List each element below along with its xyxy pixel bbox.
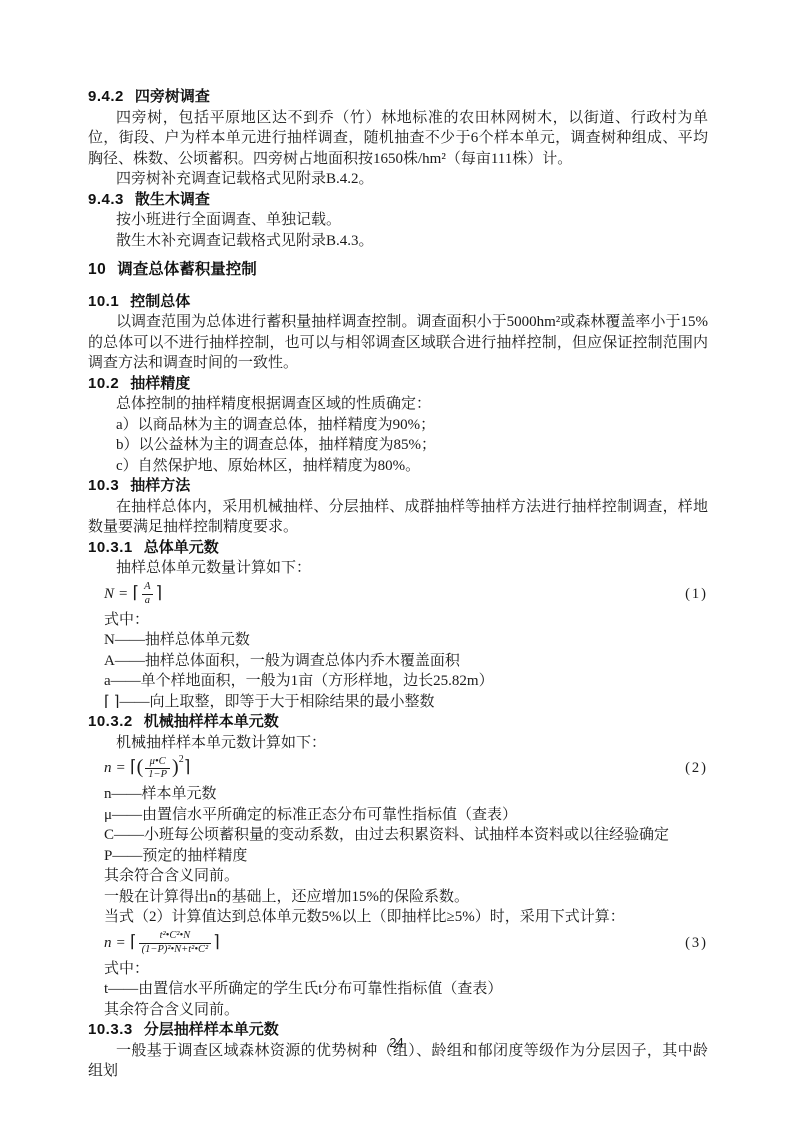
section-number: 10 [88,261,106,278]
definition-line: 其余符合含义同前。 [88,866,708,887]
section-title: 机械抽样样本单元数 [144,713,279,730]
section-heading-10.3.1: 10.3.1总体单元数 [88,538,708,559]
fraction: t²•C²•N(1−P)²•N+t²•C² [139,930,212,955]
section-heading-10.2: 10.2抽样精度 [88,374,708,395]
definition-line: t——由置信水平所确定的学生氏t分布可靠性指标值（查表） [88,979,708,1000]
list-item: a）以商品林为主的调查总体，抽样精度为90%； [88,415,708,436]
right-ceiling-bracket: ⌉ [184,757,191,778]
definition-line: N——抽样总体单元数 [88,630,708,651]
right-paren: ) [172,757,179,778]
paragraph: 散生木补充调查记载格式见附录B.4.3。 [88,231,708,252]
formula-lhs: N [104,584,114,605]
formula-1: N=⌈Aa⌉(1) [88,581,708,608]
section-number: 10.3.2 [88,713,133,730]
definition-line: P——预定的抽样精度 [88,846,708,867]
section-number: 10.1 [88,293,119,310]
fraction-denominator: a [142,594,153,607]
fraction: Aa [141,581,153,606]
section-title: 散生木调查 [135,191,210,208]
document-page: 9.4.2四旁树调查四旁树，包括平原地区达不到乔（竹）林地标准的农田林网树木，以… [0,0,793,1121]
right-ceiling-bracket: ⌉ [156,583,163,604]
section-title: 抽样精度 [130,375,190,392]
equals-sign: = [119,584,127,605]
paragraph: 以调查范围为总体进行蓄积量抽样调查控制。调查面积小于5000hm²或森林覆盖率小… [88,312,708,374]
formula-expression: n=⌈(μ•C1−P)2⌉ [104,756,190,781]
definition-line: μ——由置信水平所确定的标准正态分布可靠性指标值（查表） [88,805,708,826]
equals-sign: = [117,758,125,779]
formula-label: (3) [685,933,708,954]
left-ceiling-bracket: ⌈ [132,583,139,604]
section-title: 四旁树调查 [135,88,210,105]
formula-label: (2) [685,758,708,779]
section-heading-10.3.2: 10.3.2机械抽样样本单元数 [88,712,708,733]
section-title: 总体单元数 [144,539,219,556]
section-number: 9.4.2 [88,88,124,105]
definition-line: 其余符合含义同前。 [88,1000,708,1021]
definition-line: A——抽样总体面积，一般为调查总体内乔木覆盖面积 [88,651,708,672]
section-heading-10.3: 10.3抽样方法 [88,476,708,497]
definition-line: n——样本单元数 [88,784,708,805]
definition-line: 一般在计算得出n的基础上，还应增加15%的保险系数。 [88,887,708,908]
fraction: μ•C1−P [145,756,170,781]
formula-expression: N=⌈Aa⌉ [104,581,162,606]
section-number: 10.3.1 [88,539,133,556]
paragraph: 四旁树，包括平原地区达不到乔（竹）林地标准的农田林网树木，以街道、行政村为单位，… [88,108,708,170]
definition-line: a——单个样地面积，一般为1亩（方形样地，边长25.82m） [88,671,708,692]
page-number: 24 [0,1035,793,1050]
definition-line: ⌈ ⌉——向上取整，即等于大于相除结果的最小整数 [88,692,708,713]
definition-line: 当式（2）计算值达到总体单元数5%以上（即抽样比≥5%）时，采用下式计算： [88,907,708,928]
definition-line: C——小班每公顷蓄积量的变动系数，由过去积累资料、试抽样本资料或以往经验确定 [88,825,708,846]
paragraph: 在抽样总体内，采用机械抽样、分层抽样、成群抽样等抽样方法进行抽样控制调查，样地数… [88,497,708,538]
list-item: c）自然保护地、原始林区，抽样精度为80%。 [88,456,708,477]
list-item: b）以公益林为主的调查总体，抽样精度为85%； [88,435,708,456]
formula-2: n=⌈(μ•C1−P)2⌉(2) [88,755,708,782]
left-paren: ( [137,757,144,778]
fraction-numerator: μ•C [147,756,169,768]
definition-line: 式中： [88,959,708,980]
section-number: 10.2 [88,375,119,392]
right-ceiling-bracket: ⌉ [213,932,220,953]
formula-expression: n=⌈t²•C²•N(1−P)²•N+t²•C²⌉ [104,930,220,955]
fraction-numerator: A [141,581,153,593]
left-ceiling-bracket: ⌈ [130,757,137,778]
section-heading-10: 10调查总体蓄积量控制 [88,260,708,281]
paragraph: 四旁树补充调查记载格式见附录B.4.2。 [88,169,708,190]
formula-lhs: n [104,933,112,954]
section-title: 控制总体 [130,293,190,310]
fraction-denominator: (1−P)²•N+t²•C² [139,943,212,956]
section-heading-9.4.3: 9.4.3散生木调查 [88,190,708,211]
section-number: 9.4.3 [88,191,124,208]
formula-label: (1) [685,584,708,605]
section-heading-9.4.2: 9.4.2四旁树调查 [88,87,708,108]
paragraph: 抽样总体单元数量计算如下： [88,558,708,579]
definition-line: 式中： [88,610,708,631]
section-number: 10.3 [88,477,119,494]
section-heading-10.1: 10.1控制总体 [88,292,708,313]
equals-sign: = [117,933,125,954]
paragraph: 按小班进行全面调查、单独记载。 [88,210,708,231]
document-content: 9.4.2四旁树调查四旁树，包括平原地区达不到乔（竹）林地标准的农田林网树木，以… [88,87,708,1082]
section-title: 抽样方法 [130,477,190,494]
section-title: 调查总体蓄积量控制 [117,261,257,278]
formula-3: n=⌈t²•C²•N(1−P)²•N+t²•C²⌉(3) [88,930,708,957]
paragraph: 总体控制的抽样精度根据调查区域的性质确定： [88,394,708,415]
fraction-denominator: 1−P [145,768,170,781]
fraction-numerator: t²•C²•N [157,930,194,942]
left-ceiling-bracket: ⌈ [130,932,137,953]
formula-lhs: n [104,758,112,779]
